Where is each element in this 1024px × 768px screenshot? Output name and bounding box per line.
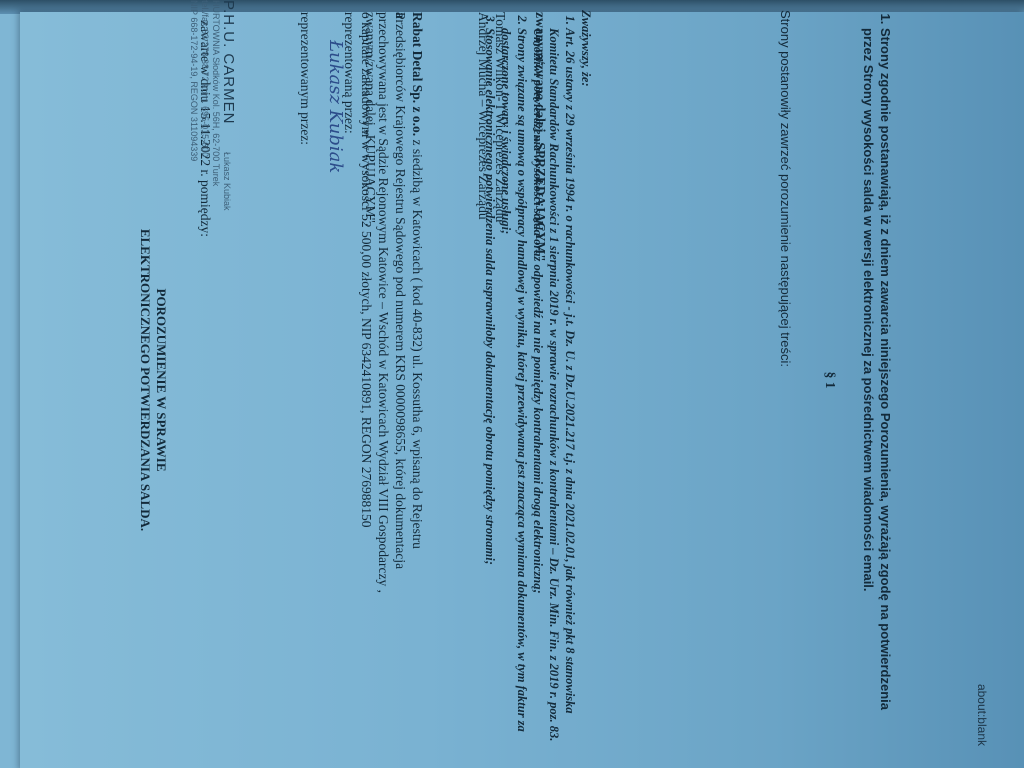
document-title: POROZUMIENIE W SPRAWIE ELEKTRONICZNEGO P… xyxy=(137,10,169,750)
buyer-represented-label: reprezentowanym przez: xyxy=(297,12,314,145)
whereas-item: Stosowanie elektronicznego potwierdzenia… xyxy=(482,28,498,750)
whereas-item: Art. 26 ustawy z 29 września 1994 r. o r… xyxy=(530,28,578,750)
resolution-text: Strony postanowiły zawrzeć porozumienie … xyxy=(777,10,794,367)
buyer-stamp: P.H.U. CARMEN Łukasz Kubiak HURTOWNIA Sł… xyxy=(188,0,234,210)
rotated-document-page: about:blank POROZUMIENIE W SPRAWIE ELEKT… xyxy=(44,10,1004,750)
clauses-section: Strony zgodnie postanawiają, iż z dniem … xyxy=(860,10,894,710)
whereas-item: Strony związane są umową o współpracy ha… xyxy=(498,28,530,750)
whereas-section: Zważywszy, że: Art. 26 ustawy z 29 wrześ… xyxy=(482,10,594,750)
clause-item: Strony zgodnie postanawiają, iż z dniem … xyxy=(860,28,894,710)
section-heading: § 1 xyxy=(822,10,839,750)
print-url-label: about:blank xyxy=(973,684,990,746)
whereas-list: Art. 26 ustawy z 29 września 1994 r. o r… xyxy=(482,10,578,750)
seller-details: Rabat Detal Sp. z o.o. z siedzibą w Kato… xyxy=(341,12,426,593)
clauses-list: Strony zgodnie postanawiają, iż z dniem … xyxy=(860,10,894,710)
